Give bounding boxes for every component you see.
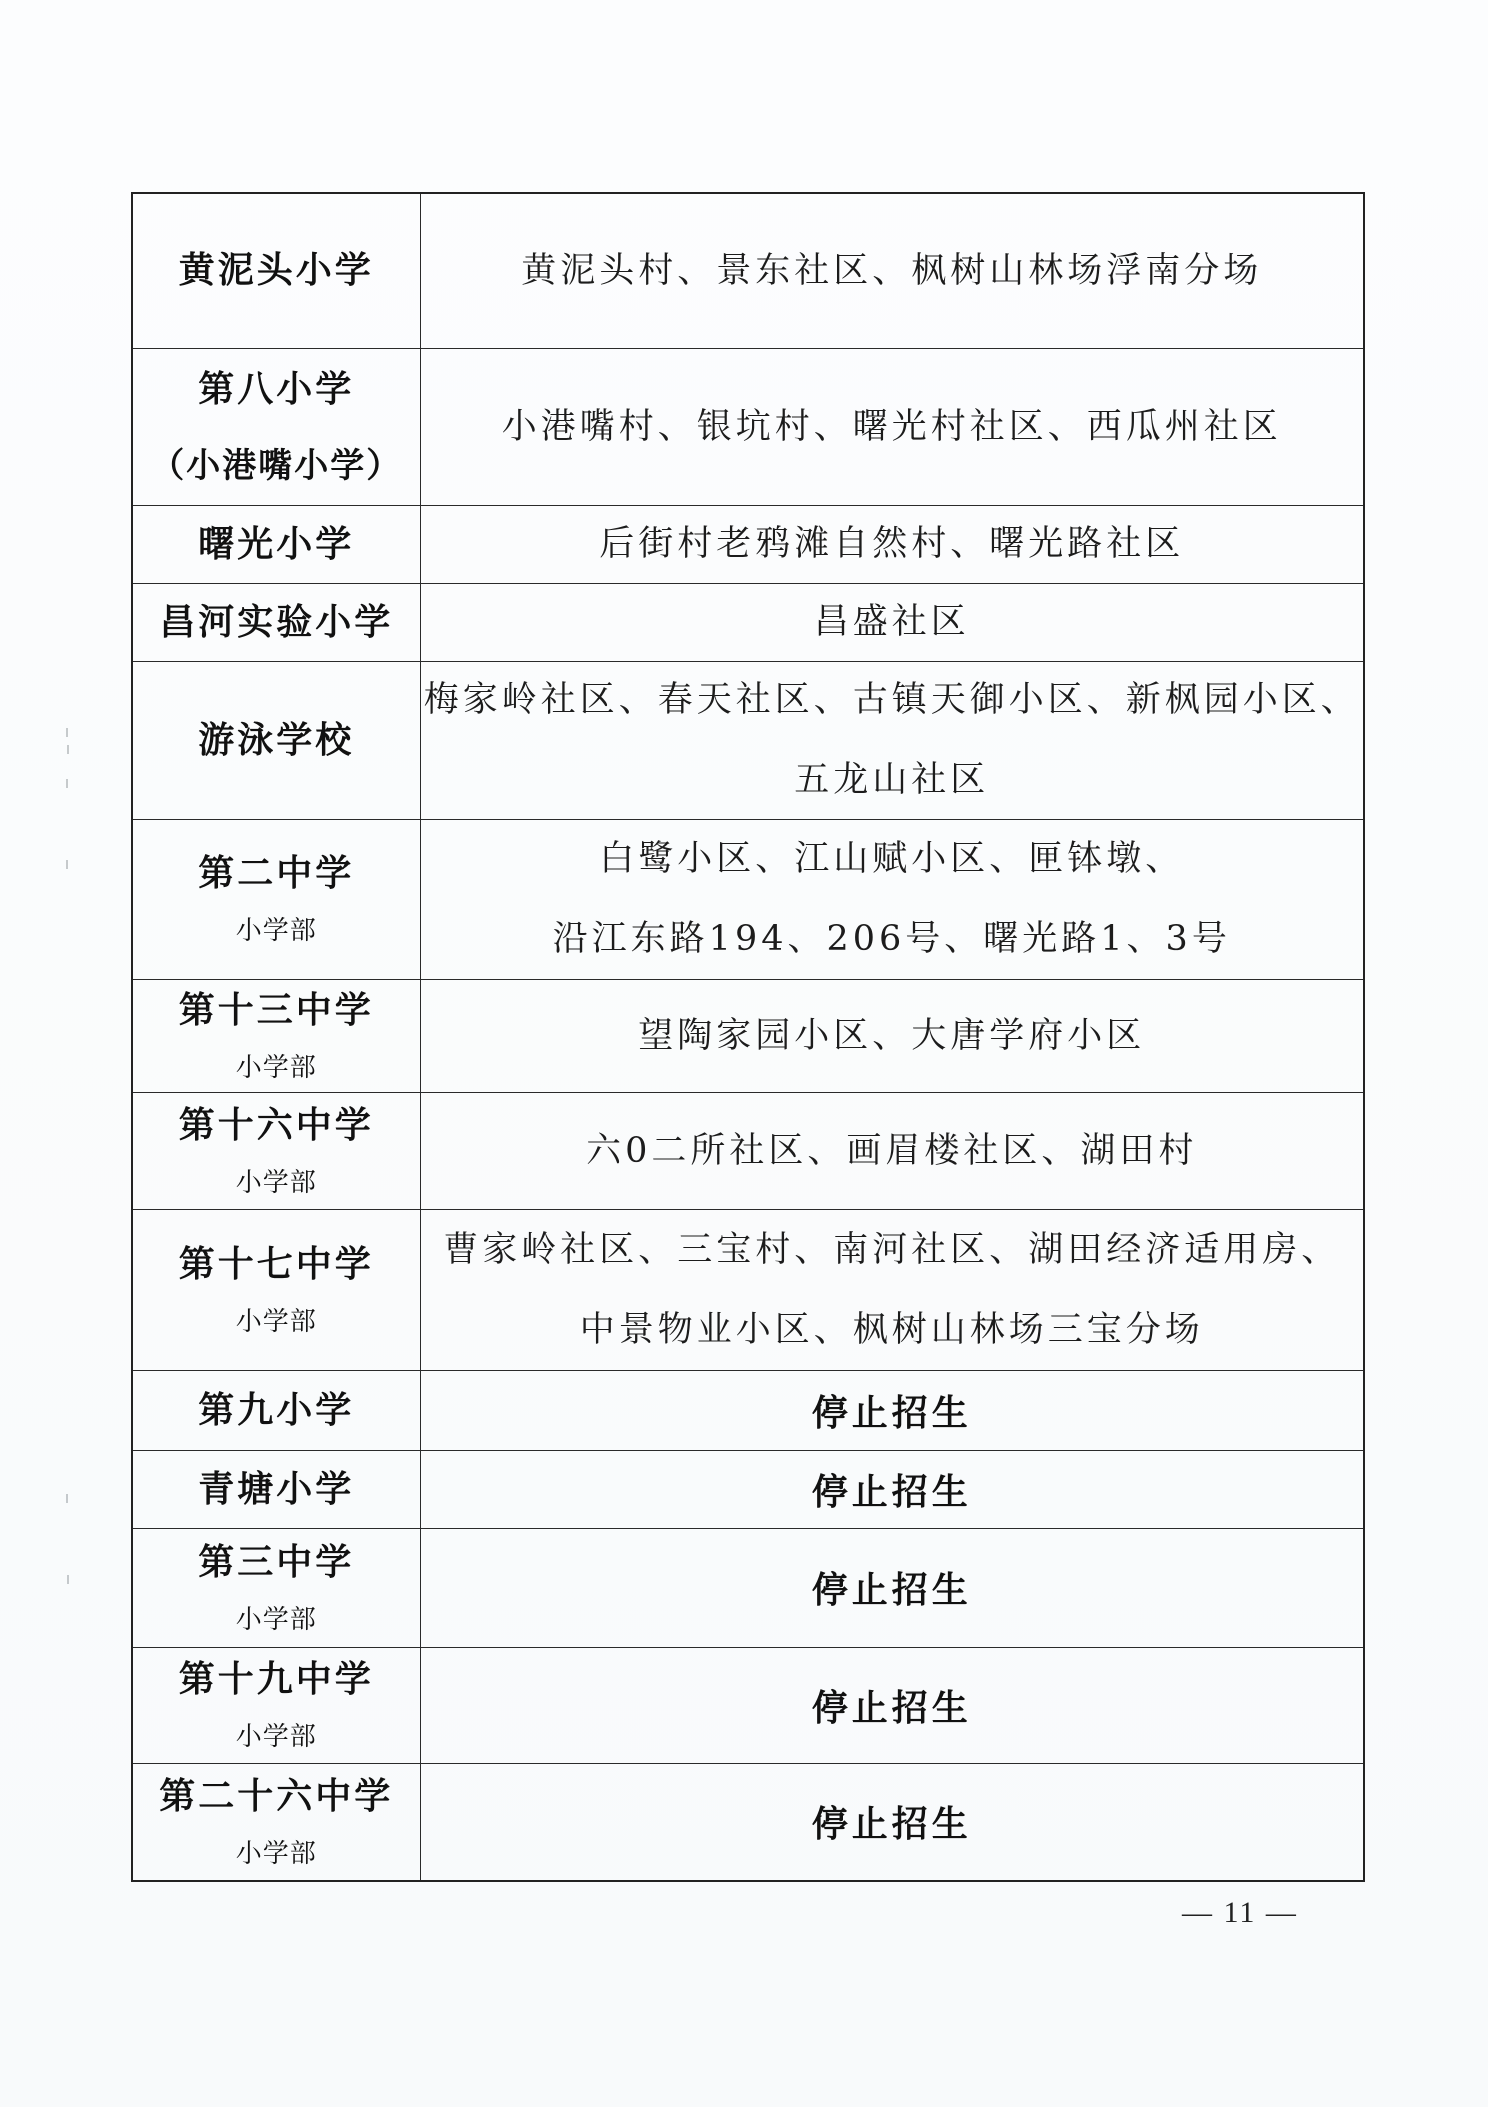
margin-mark [66,860,68,869]
school-cell: 青塘小学 [132,1450,420,1528]
school-division: 小学部 [133,1599,420,1636]
school-cell: 第十九中学 小学部 [132,1647,420,1763]
enrollment-area-cell: 后街村老鸦滩自然村、曙光路社区 [420,505,1364,583]
table-row: 昌河实验小学 昌盛社区 [132,583,1364,661]
school-name: 第三中学 [133,1540,420,1585]
enrollment-area-line: 沿江东路194、206号、曙光路1、3号 [421,918,1364,960]
enrollment-area-cell: 六0二所社区、画眉楼社区、湖田村 [420,1092,1364,1209]
enrollment-stopped-label: 停止招生 [421,1562,1364,1613]
document-page: 黄泥头小学 黄泥头村、景东社区、枫树山林场浮南分场 第八小学 （小港嘴小学） 小… [0,0,1488,2107]
enrollment-area-cell: 白鹭小区、江山赋小区、匣钵墩、沿江东路194、206号、曙光路1、3号 [420,819,1364,979]
enrollment-area-line: 中景物业小区、枫树山林场三宝分场 [421,1309,1364,1351]
margin-mark [67,1575,69,1584]
school-cell: 第二中学 小学部 [132,819,420,979]
school-name: 第十九中学 [133,1657,420,1702]
school-cell: 第十三中学 小学部 [132,979,420,1092]
school-cell: 曙光小学 [132,505,420,583]
enrollment-area-line: 黄泥头村、景东社区、枫树山林场浮南分场 [421,250,1364,292]
school-name: 第十三中学 [133,988,420,1033]
school-division: 小学部 [133,1047,420,1084]
enrollment-area-cell: 停止招生 [420,1370,1364,1450]
table-row: 青塘小学 停止招生 [132,1450,1364,1528]
enrollment-area-line: 白鹭小区、江山赋小区、匣钵墩、 [421,838,1364,880]
enrollment-area-cell: 停止招生 [420,1763,1364,1881]
school-name: 第二中学 [133,851,420,896]
school-cell: 游泳学校 [132,661,420,819]
enrollment-area-cell: 小港嘴村、银坑村、曙光村社区、西瓜州社区 [420,348,1364,505]
enrollment-area-line: 五龙山社区 [421,759,1364,801]
school-cell: 第三中学 小学部 [132,1528,420,1647]
table-row: 第二中学 小学部 白鹭小区、江山赋小区、匣钵墩、沿江东路194、206号、曙光路… [132,819,1364,979]
table-row: 第三中学 小学部 停止招生 [132,1528,1364,1647]
school-zoning-table: 黄泥头小学 黄泥头村、景东社区、枫树山林场浮南分场 第八小学 （小港嘴小学） 小… [131,192,1365,1882]
table-row: 曙光小学 后街村老鸦滩自然村、曙光路社区 [132,505,1364,583]
table-row: 黄泥头小学 黄泥头村、景东社区、枫树山林场浮南分场 [132,193,1364,348]
school-name: 第十六中学 [133,1103,420,1148]
school-division: 小学部 [133,1162,420,1199]
enrollment-area-cell: 昌盛社区 [420,583,1364,661]
enrollment-area-line: 昌盛社区 [421,601,1364,643]
school-name: 青塘小学 [133,1467,420,1512]
margin-mark [66,1494,68,1503]
school-name: 第二十六中学 [133,1774,420,1819]
enrollment-area-cell: 曹家岭社区、三宝村、南河社区、湖田经济适用房、中景物业小区、枫树山林场三宝分场 [420,1209,1364,1370]
enrollment-stopped-label: 停止招生 [421,1464,1364,1515]
margin-mark [67,745,69,754]
school-alt-name: （小港嘴小学） [133,438,420,487]
table-row: 第九小学 停止招生 [132,1370,1364,1450]
school-division: 小学部 [133,1301,420,1338]
enrollment-area-cell: 梅家岭社区、春天社区、古镇天御小区、新枫园小区、五龙山社区 [420,661,1364,819]
school-name: 第十七中学 [133,1242,420,1287]
school-name: 第九小学 [133,1388,420,1433]
school-name: 游泳学校 [133,718,420,763]
enrollment-area-line: 后街村老鸦滩自然村、曙光路社区 [421,523,1364,565]
school-cell: 第九小学 [132,1370,420,1450]
table-row: 第二十六中学 小学部 停止招生 [132,1763,1364,1881]
enrollment-area-cell: 望陶家园小区、大唐学府小区 [420,979,1364,1092]
enrollment-area-cell: 黄泥头村、景东社区、枫树山林场浮南分场 [420,193,1364,348]
school-name: 第八小学 [133,367,420,412]
table-row: 第十九中学 小学部 停止招生 [132,1647,1364,1763]
school-cell: 第八小学 （小港嘴小学） [132,348,420,505]
table-row: 第八小学 （小港嘴小学） 小港嘴村、银坑村、曙光村社区、西瓜州社区 [132,348,1364,505]
enrollment-area-cell: 停止招生 [420,1450,1364,1528]
enrollment-area-line: 望陶家园小区、大唐学府小区 [421,1015,1364,1057]
school-cell: 昌河实验小学 [132,583,420,661]
enrollment-stopped-label: 停止招生 [421,1680,1364,1731]
enrollment-area-cell: 停止招生 [420,1528,1364,1647]
enrollment-area-line: 小港嘴村、银坑村、曙光村社区、西瓜州社区 [421,406,1364,448]
school-cell: 第十六中学 小学部 [132,1092,420,1209]
enrollment-area-line: 梅家岭社区、春天社区、古镇天御小区、新枫园小区、 [421,679,1364,721]
table-row: 第十七中学 小学部 曹家岭社区、三宝村、南河社区、湖田经济适用房、中景物业小区、… [132,1209,1364,1370]
margin-mark [66,779,68,788]
enrollment-area-line: 曹家岭社区、三宝村、南河社区、湖田经济适用房、 [421,1229,1364,1271]
enrollment-area-line: 六0二所社区、画眉楼社区、湖田村 [421,1130,1364,1172]
table-row: 第十六中学 小学部 六0二所社区、画眉楼社区、湖田村 [132,1092,1364,1209]
table-row: 第十三中学 小学部 望陶家园小区、大唐学府小区 [132,979,1364,1092]
enrollment-area-cell: 停止招生 [420,1647,1364,1763]
enrollment-stopped-label: 停止招生 [421,1385,1364,1436]
school-division: 小学部 [133,1833,420,1870]
school-division: 小学部 [133,1716,420,1753]
school-division: 小学部 [133,910,420,947]
school-cell: 黄泥头小学 [132,193,420,348]
zoning-table-body: 黄泥头小学 黄泥头村、景东社区、枫树山林场浮南分场 第八小学 （小港嘴小学） 小… [132,193,1364,1881]
page-number: — 11 — [1155,1896,1325,1930]
enrollment-stopped-label: 停止招生 [421,1796,1364,1847]
school-name: 黄泥头小学 [133,248,420,293]
school-cell: 第二十六中学 小学部 [132,1763,420,1881]
school-name: 曙光小学 [133,522,420,567]
margin-mark [66,728,68,737]
school-name: 昌河实验小学 [133,600,420,645]
school-cell: 第十七中学 小学部 [132,1209,420,1370]
table-row: 游泳学校 梅家岭社区、春天社区、古镇天御小区、新枫园小区、五龙山社区 [132,661,1364,819]
